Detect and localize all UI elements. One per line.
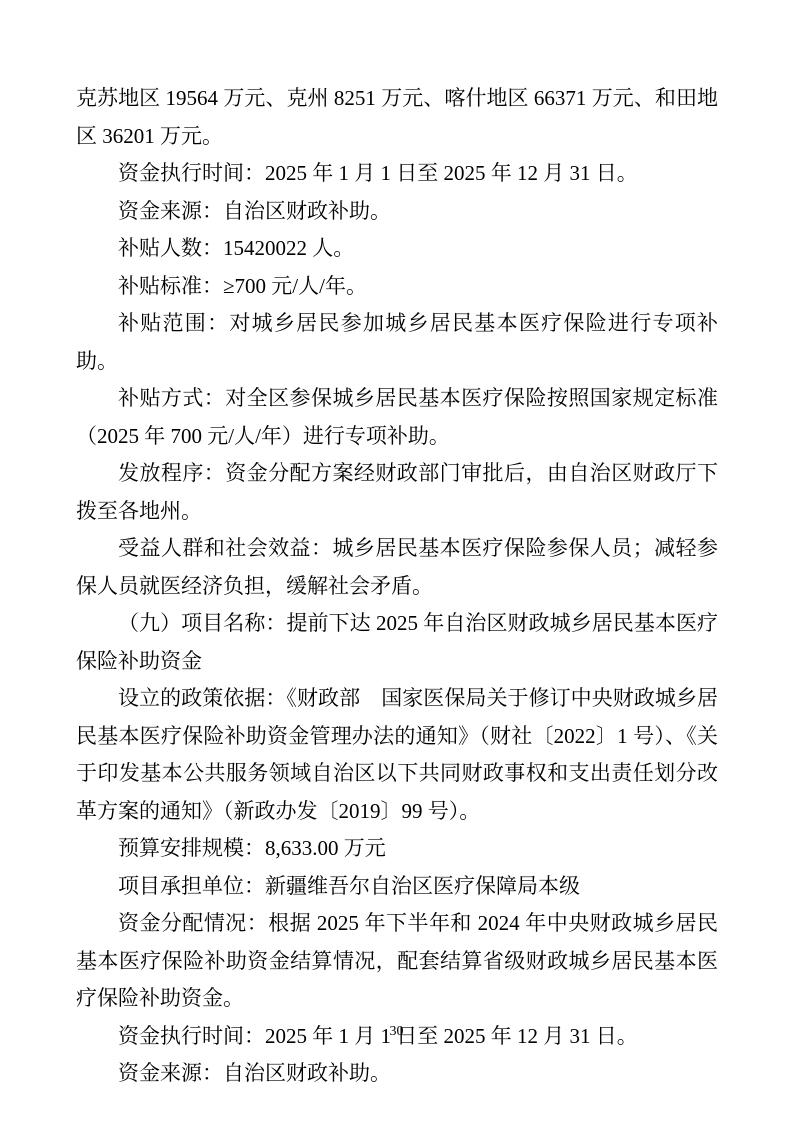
paragraph: 设立的政策依据：《财政部 国家医保局关于修订中央财政城乡居民基本医疗保险补助资金… xyxy=(76,680,718,830)
page-number: 30 xyxy=(0,1022,793,1042)
paragraph: 预算安排规模：8,633.00 万元 xyxy=(76,830,718,868)
paragraph: 补贴标准：≥700 元/人/年。 xyxy=(76,268,718,306)
paragraph: 资金分配情况：根据 2025 年下半年和 2024 年中央财政城乡居民基本医疗保… xyxy=(76,905,718,1018)
document-body: 克苏地区 19564 万元、克州 8251 万元、喀什地区 66371 万元、和… xyxy=(76,80,718,1093)
document-page: 克苏地区 19564 万元、克州 8251 万元、喀什地区 66371 万元、和… xyxy=(0,0,793,1122)
paragraph: 资金来源：自治区财政补助。 xyxy=(76,193,718,231)
paragraph: 项目承担单位：新疆维吾尔自治区医疗保障局本级 xyxy=(76,868,718,906)
paragraph: 发放程序：资金分配方案经财政部门审批后，由自治区财政厅下拨至各地州。 xyxy=(76,455,718,530)
paragraph: 补贴范围：对城乡居民参加城乡居民基本医疗保险进行专项补助。 xyxy=(76,305,718,380)
paragraph: 补贴方式：对全区参保城乡居民基本医疗保险按照国家规定标准（2025 年 700 … xyxy=(76,380,718,455)
paragraph: 补贴人数：15420022 人。 xyxy=(76,230,718,268)
paragraph: 资金来源：自治区财政补助。 xyxy=(76,1055,718,1093)
paragraph: （九）项目名称：提前下达 2025 年自治区财政城乡居民基本医疗保险补助资金 xyxy=(76,605,718,680)
paragraph: 受益人群和社会效益：城乡居民基本医疗保险参保人员；减轻参保人员就医经济负担，缓解… xyxy=(76,530,718,605)
paragraph: 克苏地区 19564 万元、克州 8251 万元、喀什地区 66371 万元、和… xyxy=(76,80,718,155)
paragraph: 资金执行时间：2025 年 1 月 1 日至 2025 年 12 月 31 日。 xyxy=(76,155,718,193)
